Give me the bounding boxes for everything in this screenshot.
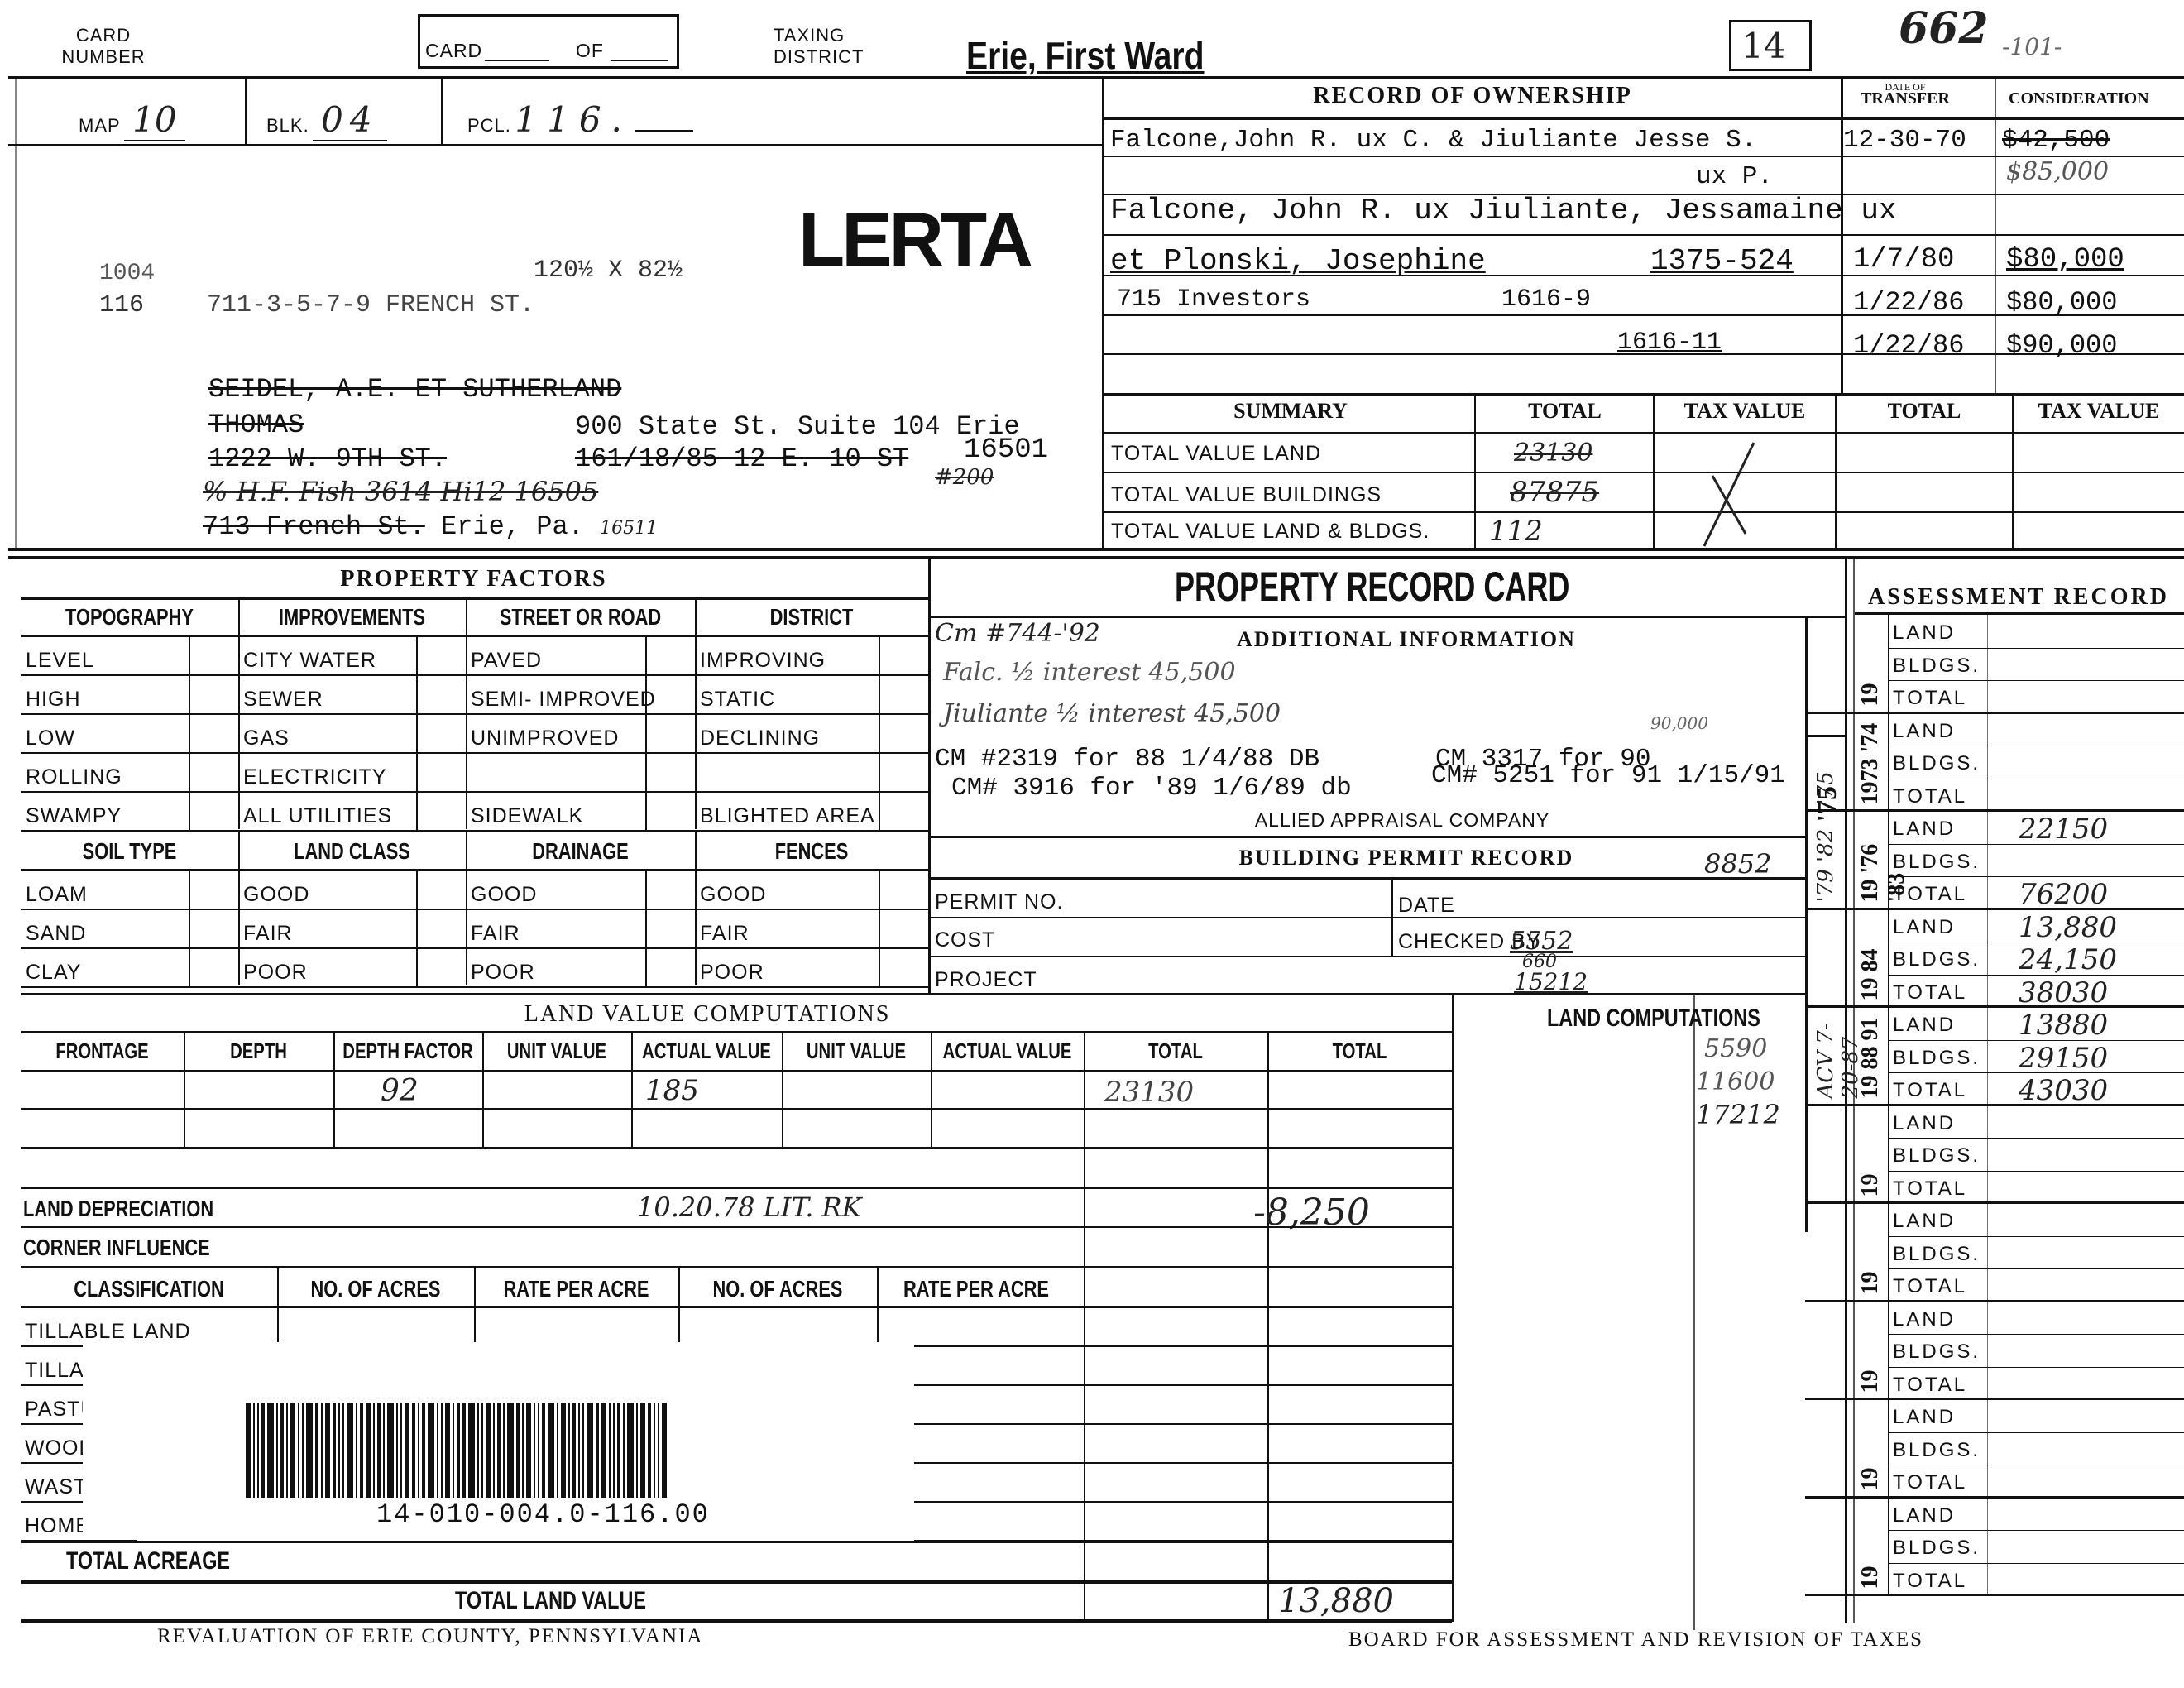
land-value-column-header: DEPTH <box>184 1038 333 1064</box>
card-of-box: CARD OF <box>418 14 679 69</box>
assessment-line-label: LAND <box>1893 720 1956 743</box>
assessment-line-label: TOTAL <box>1893 785 1967 808</box>
total-land-value: 13,880 <box>1278 1582 1394 1620</box>
classification-column-header: NO. OF ACRES <box>678 1276 877 1302</box>
grid-line <box>1987 1399 1988 1498</box>
grid-line <box>1888 1138 2184 1139</box>
assessment-line-label: BLDGS. <box>1893 1439 1980 1462</box>
ownership-date: 1/22/86 <box>1853 330 1964 361</box>
summary-row-label: TOTAL VALUE LAND & BLDGS. <box>1111 520 1430 544</box>
grid-line <box>1805 908 2184 910</box>
assessment-line-label: BLDGS. <box>1893 655 1980 678</box>
barcode <box>246 1403 669 1498</box>
barcode-bar <box>617 1403 620 1498</box>
grid-line <box>333 1031 335 1147</box>
barcode-bar <box>366 1403 371 1498</box>
grid-line <box>1888 615 1889 713</box>
barcode-bar <box>557 1403 558 1498</box>
summary-total2-header: TOTAL <box>1837 399 2011 424</box>
property-factors-title: PROPERTY FACTORS <box>21 566 927 592</box>
side-divider <box>1805 616 1808 1232</box>
barcode-bar <box>276 1403 278 1498</box>
barcode-bar <box>548 1403 554 1498</box>
summary-total-header: TOTAL <box>1476 399 1654 424</box>
summary-tax-header: TAX VALUE <box>1655 399 1835 424</box>
barcode-bar <box>267 1403 274 1498</box>
land-value-column-header: UNIT VALUE <box>482 1038 631 1064</box>
grid-line <box>914 1345 1452 1347</box>
last-address-line: 713 French St. Erie, Pa. 16511 <box>203 511 658 542</box>
grid-line <box>1888 1530 2184 1531</box>
barcode-bar <box>526 1403 531 1498</box>
footer-left: REVALUATION OF ERIE COUNTY, PENNSYLVANIA <box>157 1625 703 1648</box>
barcode-bar <box>453 1403 454 1498</box>
factor-group-header: DISTRICT <box>695 604 928 631</box>
factor-checkbox[interactable] <box>189 793 238 830</box>
barcode-bar <box>613 1403 615 1498</box>
grid-line <box>1805 1005 2184 1008</box>
checkbox-label: DECLINING <box>700 727 820 750</box>
barcode-bar <box>360 1403 363 1498</box>
grid-line <box>1888 680 2184 681</box>
barcode-bar <box>383 1403 385 1498</box>
footer-right: BOARD FOR ASSESSMENT AND REVISION OF TAX… <box>1348 1628 1923 1652</box>
grid-line <box>1805 1398 2184 1400</box>
grid-line <box>21 869 931 871</box>
checkbox-label: GOOD <box>700 883 766 907</box>
ownership-amount: $42,500 <box>2002 126 2110 155</box>
factor-checkbox[interactable] <box>645 910 695 947</box>
factor-group-header: LAND CLASS <box>238 838 466 865</box>
barcode-bar <box>648 1403 651 1498</box>
taxing-district-value: Erie, First Ward <box>966 33 1205 78</box>
factor-checkbox[interactable] <box>189 754 238 791</box>
grid-line <box>1987 1203 1988 1302</box>
barcode-number: 14-010-004.0-116.00 <box>376 1499 710 1530</box>
checkbox-label: GAS <box>243 727 290 750</box>
checkbox-label: CITY WATER <box>243 649 376 673</box>
checkbox-label: POOR <box>471 961 535 985</box>
ownership-book: 1375-524 <box>1650 244 1794 278</box>
assessment-line-label: TOTAL <box>1893 1570 1967 1593</box>
permit-no-label: PERMIT NO. <box>935 890 1063 914</box>
factor-checkbox[interactable] <box>416 949 466 986</box>
grid-line <box>1888 1236 2184 1237</box>
barcode-bar <box>582 1403 584 1498</box>
assessment-value: 13880 <box>2019 1009 2108 1042</box>
barcode-bar <box>477 1403 479 1498</box>
land-computation-value: 11600 <box>1696 1067 1774 1096</box>
factor-checkbox[interactable] <box>645 949 695 986</box>
factor-checkbox[interactable] <box>189 949 238 986</box>
assessment-line-label: BLDGS. <box>1893 1047 1980 1070</box>
factor-checkbox[interactable] <box>879 910 928 947</box>
grid-line <box>1888 1302 1889 1400</box>
grid-line <box>1888 1465 2184 1465</box>
assessment-line-label: TOTAL <box>1893 1374 1967 1397</box>
ownership-row: Falcone, John R. ux Jiuliante, Jessamain… <box>1110 194 1897 228</box>
barcode-bar <box>338 1403 340 1498</box>
cm-5251: CM# 5251 for 91 1/15/91 <box>1431 761 1785 790</box>
assessment-value: 13,880 <box>2019 911 2117 944</box>
assessment-line-label: TOTAL <box>1893 1177 1967 1201</box>
assessment-line-label: BLDGS. <box>1893 752 1980 775</box>
ownership-row: Falcone,John R. ux C. & Jiuliante Jesse … <box>1110 126 1756 155</box>
assessment-year: 1973 '74 <box>1857 720 1884 805</box>
factor-checkbox[interactable] <box>416 754 466 791</box>
project-label: PROJECT <box>935 968 1037 992</box>
land-depreciation-label: LAND DEPRECIATION <box>23 1196 213 1222</box>
property-dimensions: 120½ X 82½ <box>534 257 682 285</box>
barcode-bar <box>405 1403 409 1498</box>
additional-info-title: ADDITIONAL INFORMATION <box>1175 627 1638 652</box>
land-depreciation-note: 10.20.78 LIT. RK <box>637 1192 862 1223</box>
barcode-bar <box>468 1403 475 1498</box>
grid-line <box>1888 876 2184 877</box>
barcode-bar <box>542 1403 545 1498</box>
assessment-line-label: TOTAL <box>1893 1079 1967 1102</box>
grid-line <box>21 947 931 949</box>
barcode-bar <box>306 1403 313 1498</box>
factor-checkbox[interactable] <box>416 871 466 909</box>
ownership-amount: $80,000 <box>2006 244 2124 276</box>
checkbox-label: ALL UTILITIES <box>243 804 392 828</box>
grid-line <box>1805 1496 2184 1499</box>
total-acreage-label: TOTAL ACREAGE <box>66 1547 230 1575</box>
land-value-title: LAND VALUE COMPUTATIONS <box>480 1001 935 1028</box>
grid-line <box>1888 811 1889 909</box>
factor-checkbox[interactable] <box>879 793 928 830</box>
summary-row-total: 23130 <box>1514 439 1592 468</box>
classification-column-header: NO. OF ACRES <box>277 1276 474 1302</box>
new-mailing-address: 900 State St. Suite 104 Erie <box>575 411 1020 442</box>
grid-line <box>1888 1563 2184 1564</box>
checkbox-label: LEVEL <box>26 649 94 673</box>
assessment-line-label: LAND <box>1893 1504 1956 1527</box>
cm-3916: CM# 3916 for '89 1/6/89 db <box>951 774 1352 803</box>
grid-line <box>21 830 931 832</box>
barcode-bar <box>377 1403 381 1498</box>
checkbox-label: GOOD <box>471 883 537 907</box>
cross-out-mark <box>1655 434 1837 550</box>
factor-checkbox[interactable] <box>416 715 466 752</box>
ownership-row: et Plonski, Josephine <box>1110 244 1486 278</box>
factor-checkbox[interactable] <box>416 676 466 713</box>
summary-tax2-header: TAX VALUE <box>2014 399 2184 424</box>
grid-line <box>1888 1334 2184 1335</box>
checkbox-label: FAIR <box>471 922 520 946</box>
owner-addr-struck: 1222 W. 9TH ST. <box>208 444 447 474</box>
assessment-year: 19 84 <box>1857 916 1884 1001</box>
checkbox-label: BLIGHTED AREA <box>700 804 875 828</box>
land-value-column-header: UNIT VALUE <box>782 1038 931 1064</box>
map-field: MAP 10 <box>79 99 185 140</box>
factor-group-header: DRAINAGE <box>466 838 695 865</box>
land-computation-value: 5590 <box>1704 1034 1767 1063</box>
barcode-bar <box>302 1403 304 1498</box>
assessment-value: 22150 <box>2019 813 2108 846</box>
checkbox-label: STATIC <box>700 688 775 712</box>
project-value-2: 15212 <box>1514 968 1588 995</box>
handwritten-number: 662 <box>1899 3 1989 54</box>
assessment-line-label: LAND <box>1893 621 1956 645</box>
grid-line <box>782 1031 783 1147</box>
barcode-bar <box>290 1403 295 1498</box>
permit-hand-top: 8852 <box>1704 848 1771 880</box>
factor-checkbox[interactable] <box>189 676 238 713</box>
assessment-line-label: LAND <box>1893 916 1956 939</box>
grid-line <box>1888 1367 2184 1368</box>
barcode-bar <box>445 1403 450 1498</box>
factor-checkbox[interactable] <box>879 715 928 752</box>
checkbox-label: ELECTRICITY <box>243 765 387 789</box>
factor-checkbox[interactable] <box>879 637 928 674</box>
lerta-stamp: LERTA <box>798 197 1030 284</box>
grid-line <box>1888 1399 1889 1498</box>
grid-line <box>21 752 931 754</box>
additional-hand-line1: Falc. ½ interest 45,500 <box>943 658 1236 687</box>
barcode-bar <box>627 1403 634 1498</box>
depth-factor-value: 92 <box>381 1074 419 1108</box>
barcode-bar <box>601 1403 606 1498</box>
checkbox-label: LOW <box>26 727 75 750</box>
assessment-value: 38030 <box>2019 976 2108 1009</box>
grid-line <box>1888 1268 2184 1269</box>
assessment-line-label: BLDGS. <box>1893 1144 1980 1168</box>
summary-row-label: TOTAL VALUE LAND <box>1111 442 1321 466</box>
barcode-bar <box>522 1403 524 1498</box>
ownership-row: 715 Investors <box>1117 285 1310 314</box>
classification-column-header: RATE PER ACRE <box>474 1276 678 1302</box>
factor-checkbox[interactable] <box>645 676 695 713</box>
factor-checkbox[interactable] <box>189 871 238 909</box>
ownership-amount: $90,000 <box>2006 330 2117 361</box>
factor-checkbox[interactable] <box>416 793 466 830</box>
land-computation-value: 17212 <box>1696 1099 1780 1130</box>
barcode-bar <box>481 1403 483 1498</box>
checkbox-label: FAIR <box>243 922 293 946</box>
barcode-bar <box>572 1403 576 1498</box>
grid-line <box>1987 811 1988 909</box>
factor-checkbox[interactable] <box>189 715 238 752</box>
assessment-value: 43030 <box>2019 1074 2108 1107</box>
factor-checkbox[interactable] <box>879 949 928 986</box>
barcode-bar <box>568 1403 570 1498</box>
assessment-line-label: TOTAL <box>1893 1471 1967 1494</box>
property-line2-num: 116 <box>99 291 144 319</box>
classification-column-header: CLASSIFICATION <box>21 1276 277 1302</box>
grid-line <box>1888 975 2184 976</box>
assessment-year: 19 <box>1857 1210 1884 1295</box>
barcode-bar <box>507 1403 514 1498</box>
barcode-bar <box>596 1403 599 1498</box>
assessment-year: 19 <box>1857 1112 1884 1197</box>
assessment-line-label: BLDGS. <box>1893 1340 1980 1364</box>
barcode-bar <box>561 1403 566 1498</box>
checkbox-label: CLAY <box>26 961 81 985</box>
grid-line <box>184 1031 185 1147</box>
ownership-date: 12-30-70 <box>1843 126 1966 155</box>
total-value: 23130 <box>1104 1076 1194 1109</box>
additional-hand-small: 90,000 <box>1650 713 1708 733</box>
of-label: OF <box>576 40 604 62</box>
ownership-date: 1/7/80 <box>1853 244 1954 276</box>
assessment-line-label: TOTAL <box>1893 1275 1967 1298</box>
blk-field: BLK. 04 <box>266 99 387 140</box>
grid-line <box>1888 1171 2184 1172</box>
handwritten-struck-address: % H.F. Fish 3614 Hi12 16505 <box>203 476 598 507</box>
factor-group-header: FENCES <box>695 838 928 865</box>
classification-row-label: TILLABLE LAND <box>25 1320 191 1344</box>
barcode-bar <box>658 1403 659 1498</box>
barcode-bar <box>373 1403 375 1498</box>
grid-line <box>914 1501 1452 1503</box>
assessment-line-label: LAND <box>1893 1210 1956 1233</box>
grid-line <box>21 791 931 793</box>
classification-column-header: RATE PER ACRE <box>877 1276 1075 1302</box>
struck-address2: 161/18/85 12 E. 10 ST <box>575 444 908 474</box>
summary-row-label: TOTAL VALUE BUILDINGS <box>1111 483 1382 507</box>
factor-checkbox[interactable] <box>879 676 928 713</box>
barcode-bar <box>437 1403 438 1498</box>
assessment-line-label: BLDGS. <box>1893 948 1980 971</box>
grid-line <box>1267 1031 1269 1623</box>
barcode-bar <box>396 1403 398 1498</box>
barcode-bar <box>261 1403 265 1498</box>
grid-line <box>1888 909 1889 1008</box>
factor-group-header: TOPOGRAPHY <box>21 604 238 631</box>
barcode-bar <box>342 1403 344 1498</box>
barcode-bar <box>578 1403 580 1498</box>
pcl-field: PCL. 116. <box>467 99 693 140</box>
property-address: 711-3-5-7-9 FRENCH ST. <box>207 291 534 319</box>
corner-influence-label: CORNER INFLUENCE <box>23 1235 210 1261</box>
barcode-bar <box>257 1403 259 1498</box>
date-transfer-header: DATE OF TRANSFER <box>1843 81 1967 104</box>
land-value-column-header: FRONTAGE <box>21 1038 184 1064</box>
grid-line <box>1805 1594 2184 1596</box>
barcode-bar <box>422 1403 425 1498</box>
grid-line <box>1888 1498 1889 1596</box>
factor-checkbox[interactable] <box>416 637 466 674</box>
total-land-value-label: TOTAL LAND VALUE <box>455 1587 646 1615</box>
checkbox-label: GOOD <box>243 883 309 907</box>
assessment-year: 19 <box>1857 1308 1884 1393</box>
barcode-bar <box>246 1403 251 1498</box>
factor-checkbox[interactable] <box>645 871 695 909</box>
grid-line <box>1987 909 1988 1008</box>
ownership-amount: $85,000 <box>2006 157 2109 186</box>
grid-line <box>1888 746 2184 746</box>
factor-checkbox[interactable] <box>416 910 466 947</box>
ownership-amount: $80,000 <box>2006 287 2117 318</box>
barcode-bar <box>321 1403 323 1498</box>
actual-value-value: 185 <box>645 1074 699 1107</box>
checkbox-label: FAIR <box>700 922 750 946</box>
boxed-number: 14 <box>1729 20 1812 71</box>
barcode-bar <box>497 1403 500 1498</box>
factor-checkbox[interactable] <box>879 754 928 791</box>
grid-line <box>1888 1007 1889 1105</box>
assessment-line-label: TOTAL <box>1893 687 1967 710</box>
taxing-district-label: TAXING DISTRICT <box>773 25 873 68</box>
grid-line <box>914 1384 1452 1386</box>
land-value-column-header: TOTAL <box>1267 1038 1452 1064</box>
assessment-side-note: ACV 7-20-87 <box>1813 1014 1863 1099</box>
factor-checkbox[interactable] <box>189 637 238 674</box>
grid-line <box>914 1423 1452 1425</box>
barcode-bar <box>418 1403 419 1498</box>
property-line1-left: 1004 <box>99 261 155 286</box>
factor-group-header: SOIL TYPE <box>21 838 238 865</box>
assessment-title: ASSESSMENT RECORD <box>1853 584 2184 611</box>
barcode-bar <box>623 1403 625 1498</box>
factor-checkbox[interactable] <box>645 715 695 752</box>
grid-line <box>1987 1105 1988 1204</box>
ownership-book: 1616-9 <box>1501 285 1591 314</box>
grid-line <box>1805 1300 2184 1302</box>
grid-line <box>1888 779 2184 779</box>
grid-line <box>1888 1105 1889 1204</box>
summary-header: SUMMARY <box>1104 399 1477 424</box>
factor-checkbox[interactable] <box>189 910 238 947</box>
ownership-date: 1/22/86 <box>1853 287 1964 318</box>
barcode-bar <box>253 1403 255 1498</box>
land-value-column-header: TOTAL <box>1084 1038 1267 1064</box>
assessment-year: 19 <box>1857 1504 1884 1590</box>
grid-line <box>1805 809 2184 812</box>
grid-line <box>1084 1031 1085 1623</box>
assessment-line-label: LAND <box>1893 1308 1956 1331</box>
checkbox-label: PAVED <box>471 649 542 673</box>
assessment-value: 76200 <box>2019 878 2108 911</box>
land-value-column-header: DEPTH FACTOR <box>333 1038 482 1064</box>
barcode-bar <box>486 1403 491 1498</box>
assessment-year: 19 <box>1857 1406 1884 1491</box>
barcode-bar <box>286 1403 288 1498</box>
grid-line <box>1987 713 1988 812</box>
factor-checkbox[interactable] <box>645 793 695 830</box>
barcode-bar <box>441 1403 443 1498</box>
barcode-bar <box>298 1403 299 1498</box>
checkbox-label: SWAMPY <box>26 804 122 828</box>
grid-line <box>21 635 931 637</box>
grid-line <box>1888 844 2184 845</box>
barcode-bar <box>493 1403 495 1498</box>
checkbox-label: IMPROVING <box>700 649 826 673</box>
factor-checkbox[interactable] <box>645 754 695 791</box>
checkbox-label: SEMI- IMPROVED <box>471 688 656 712</box>
barcode-bar <box>503 1403 505 1498</box>
checkbox-label: LOAM <box>26 883 88 907</box>
factor-checkbox[interactable] <box>645 637 695 674</box>
barcode-bar <box>325 1403 330 1498</box>
permit-date-label: DATE <box>1398 894 1455 918</box>
barcode-bar <box>428 1403 434 1498</box>
grid-line <box>1987 1302 1988 1400</box>
grid-line <box>1888 1072 2184 1073</box>
factor-checkbox[interactable] <box>879 871 928 909</box>
grid-line <box>1888 713 1889 812</box>
grid-line <box>1888 1040 2184 1041</box>
mailing-zip: 16501 <box>964 434 1048 466</box>
permit-cost-label: COST <box>935 928 995 952</box>
property-record-card-title: PROPERTY RECORD CARD <box>1175 563 1569 611</box>
barcode-bar <box>280 1403 284 1498</box>
grid-line <box>631 1031 633 1147</box>
barcode-bar <box>538 1403 539 1498</box>
barcode-bar <box>462 1403 466 1498</box>
